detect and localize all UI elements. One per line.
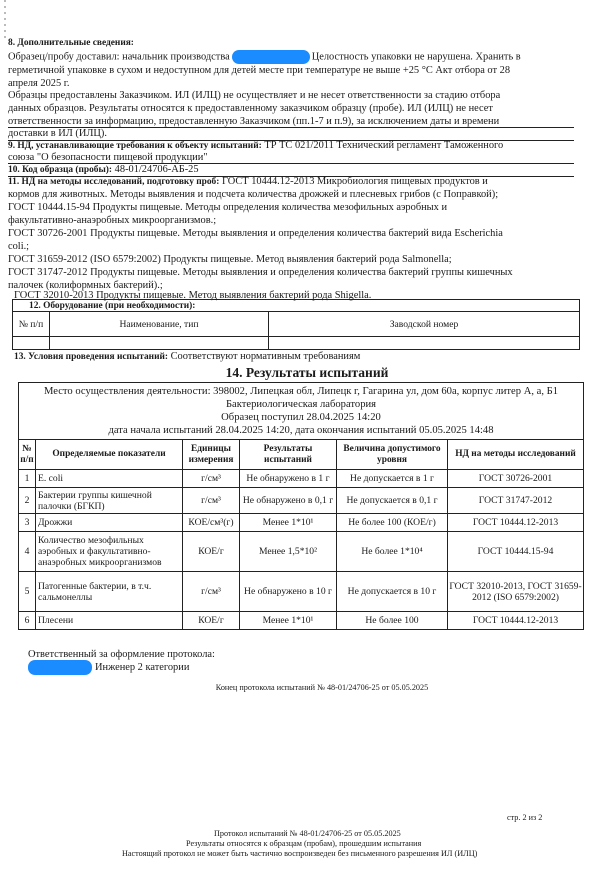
row-result: Менее 1,5*10² [240,532,337,572]
row-num: 1 [19,470,36,488]
results-title: 14. Результаты испытаний [0,365,614,381]
footer-line-2: Результаты относятся к образцам (пробам)… [186,839,421,848]
end-of-protocol: Конец протокола испытаний № 48-01/24706-… [0,683,614,692]
method-line: ГОСТ 31747-2012 Продукты пищевые. Методы… [8,266,513,279]
method-line: факультативно-анаэробных микроорганизмов… [8,214,216,227]
section11: 11. НД на методы исследований, подготовк… [8,175,488,189]
section13: 13. Условия проведения испытаний: Соотве… [14,350,360,364]
col-header-limit: Величина допустимого уровня [337,440,448,470]
row-unit: КОЕ/г [183,532,240,572]
row-unit: г/см³ [183,488,240,514]
section8-heading: 8. Дополнительные сведения: [8,38,134,48]
col-header-result: Результаты испытаний [240,440,337,470]
table-row: 6 Плесени КОЕ/г Менее 1*10¹ Не более 100… [19,612,584,630]
row-limit: Не допускается в 0,1 г [337,488,448,514]
footer-line-1: Протокол испытаний № 48-01/24706-25 от 0… [214,829,401,838]
row-result: Менее 1*10¹ [240,514,337,532]
table-row: 1 E. coli г/см³ Не обнаружено в 1 г Не д… [19,470,584,488]
row-unit: г/см³ [183,572,240,612]
row-indicator: E. coli [36,470,183,488]
conditions-value: Соответствуют нормативным требованиям [171,351,361,362]
col-header-serial: Заводской номер [269,312,580,337]
row-result: Не обнаружено в 10 г [240,572,337,612]
col-header-name: Наименование, тип [50,312,269,337]
section8-line: данных образцов. Результаты относятся к … [8,102,493,115]
protocol-page-2: 8. Дополнительные сведения: Образец/проб… [0,0,614,880]
section13-heading: 13. Условия проведения испытаний: [14,352,168,362]
table-row: 2 Бактерии группы кишечной палочки (БГКП… [19,488,584,514]
row-unit: КОЕ/г [183,612,240,630]
method-line: ГОСТ 10444.15-94 Продукты пищевые. Метод… [8,201,447,214]
section12-heading: 12. Оборудование (при необходимости): [13,300,580,312]
method-line: ГОСТ 10444.12-2013 Микробиология пищевых… [222,176,488,187]
row-method: ГОСТ 10444.15-94 [448,532,584,572]
col-header-method: НД на методы исследований [448,440,584,470]
section8-line: Образец/пробу доставил: начальник произв… [8,50,521,64]
row-indicator: Количество мезофильных аэробных и факуль… [36,532,183,572]
row-num: 6 [19,612,36,630]
row-limit: Не более 100 (КОЕ/г) [337,514,448,532]
section9-heading: 9. НД, устанавливающие требования к объе… [8,141,262,151]
row-limit: Не более 1*10⁴ [337,532,448,572]
footer-line-3: Настоящий протокол не может быть частичн… [122,849,477,858]
empty-cell [50,337,269,350]
row-num: 3 [19,514,36,532]
delivered-by-text: Образец/пробу доставил: начальник произв… [8,51,230,62]
method-line: coli.; [8,240,29,253]
method-line: ГОСТ 30726-2001 Продукты пищевые. Методы… [8,227,503,240]
scan-artifact [4,0,6,40]
row-num: 5 [19,572,36,612]
empty-cell [13,337,50,350]
redacted-name [232,50,310,64]
method-line: кормов для животных. Методы выявления и … [8,188,498,201]
col-header-indicator: Определяемые показатели [36,440,183,470]
row-result: Не обнаружено в 0,1 г [240,488,337,514]
redacted-name [28,660,92,675]
test-dates: дата начала испытаний 28.04.2025 14:20, … [19,424,583,437]
results-meta: Место осуществления деятельности: 398002… [19,383,584,440]
row-indicator: Патогенные бактерии, в т.ч. сальмонеллы [36,572,183,612]
row-num: 2 [19,488,36,514]
results-table: Место осуществления деятельности: 398002… [18,382,584,630]
row-limit: Не более 100 [337,612,448,630]
row-method: ГОСТ 31747-2012 [448,488,584,514]
section10-heading: 10. Код образца (пробы): [8,165,112,175]
col-header-num: № п/п [19,440,36,470]
lab-name: Бактериологическая лаборатория [19,398,583,411]
table-row: 3 Дрожжи КОЕ/см³(г) Менее 1*10¹ Не более… [19,514,584,532]
table-row: 4 Количество мезофильных аэробных и факу… [19,532,584,572]
signature-position: Инженер 2 категории [95,662,189,673]
sample-received: Образец поступил 28.04.2025 14:20 [19,411,583,424]
row-indicator: Дрожжи [36,514,183,532]
section8-line: герметичной упаковке в сухом и недоступн… [8,64,510,77]
row-method: ГОСТ 32010-2013, ГОСТ 31659-2012 (ISO 65… [448,572,584,612]
section8-line: Образцы предоставлены Заказчиком. ИЛ (ИЛ… [8,89,500,102]
row-method: ГОСТ 30726-2001 [448,470,584,488]
col-header-unit: Единицы измерения [183,440,240,470]
place-of-activity: Место осуществления деятельности: 398002… [19,385,583,398]
row-limit: Не допускается в 10 г [337,572,448,612]
col-header-num: № п/п [13,312,50,337]
row-method: ГОСТ 10444.12-2013 [448,612,584,630]
row-limit: Не допускается в 1 г [337,470,448,488]
method-line: ГОСТ 31659-2012 (ISO 6579:2002) Продукты… [8,253,452,266]
results-meta-inner: Место осуществления деятельности: 398002… [19,385,583,437]
page-number: стр. 2 из 2 [507,813,542,822]
section9-value: ТР ТС 021/2011 Технический регламент Там… [264,140,503,151]
table-row: 5 Патогенные бактерии, в т.ч. сальмонелл… [19,572,584,612]
row-unit: г/см³ [183,470,240,488]
equipment-table: 12. Оборудование (при необходимости): № … [12,299,580,350]
section11-heading: 11. НД на методы исследований, подготовк… [8,177,219,187]
row-unit: КОЕ/см³(г) [183,514,240,532]
row-indicator: Плесени [36,612,183,630]
integrity-text: Целостность упаковки не нарушена. Хранит… [312,51,521,62]
row-num: 4 [19,532,36,572]
row-method: ГОСТ 10444.12-2013 [448,514,584,532]
empty-cell [269,337,580,350]
row-result: Не обнаружено в 1 г [240,470,337,488]
row-indicator: Бактерии группы кишечной палочки (БГКП) [36,488,183,514]
row-result: Менее 1*10¹ [240,612,337,630]
sample-code: 48-01/24706-АБ-25 [115,164,199,175]
signature-line: Инженер 2 категории [28,660,189,675]
